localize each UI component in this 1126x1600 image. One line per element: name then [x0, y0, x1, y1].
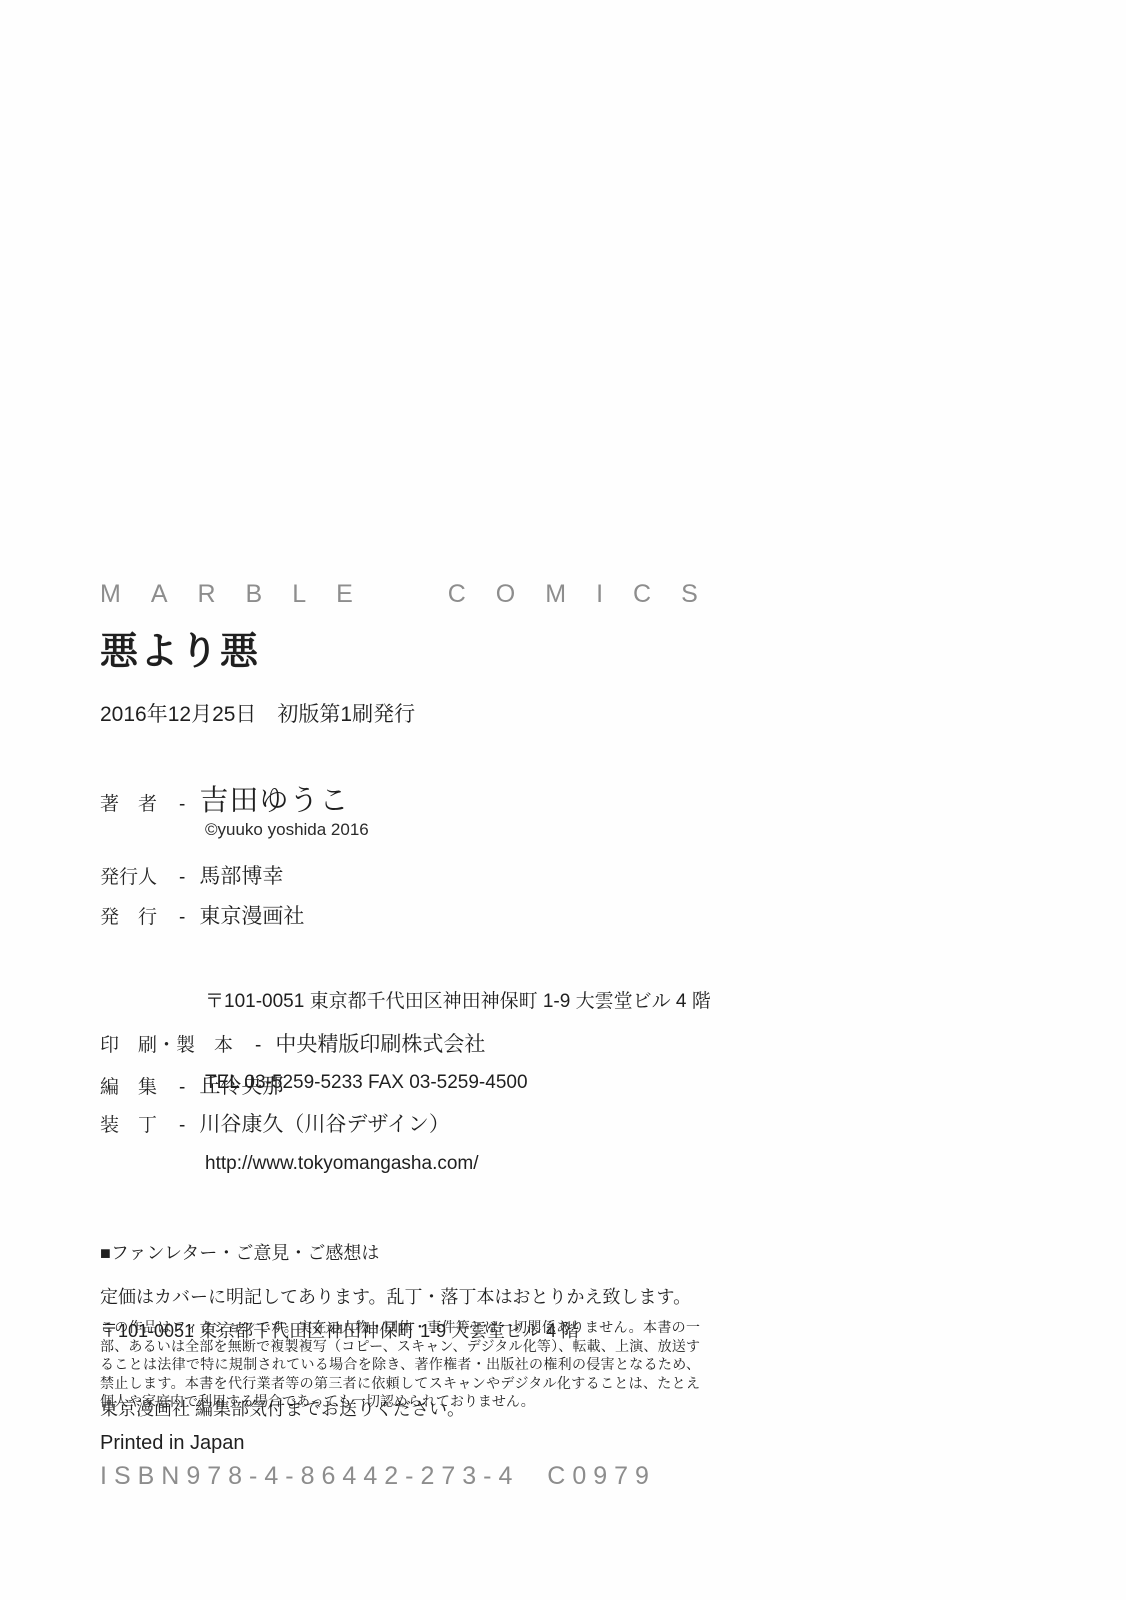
credit-dash: -	[179, 1115, 185, 1137]
book-title: 悪より悪	[100, 620, 260, 675]
issuer-label: 発行人	[100, 862, 157, 889]
credit-row-publisher: 発 行 - 東京漫画社	[100, 900, 304, 930]
author-label: 著 者	[100, 789, 157, 816]
design-label: 装 丁	[100, 1110, 157, 1137]
editor-name: 丘伶央那	[199, 1070, 283, 1100]
credit-row-printing: 印 刷・製 本 - 中央精版印刷株式会社	[100, 1028, 485, 1058]
publisher-url: http://www.tokyomangasha.com/	[205, 1150, 711, 1177]
fan-letter-heading: ■ファンレター・ご意見・ご感想は	[100, 1240, 579, 1266]
issuer-name: 馬部博幸	[199, 860, 283, 890]
printing-label: 印 刷・製 本	[100, 1030, 233, 1057]
credit-row-design: 装 丁 - 川谷康久（川谷デザイン）	[100, 1108, 450, 1138]
credit-row-editor: 編 集 - 丘伶央那	[100, 1070, 283, 1100]
publisher-address: 〒101-0051 東京都千代田区神田神保町 1-9 大雲堂ビル 4 階	[205, 988, 711, 1015]
credit-row-issuer: 発行人 - 馬部博幸	[100, 860, 283, 890]
printed-in-japan: Printed in Japan	[100, 1432, 245, 1455]
colophon-page: MARBLE COMICS 悪より悪 2016年12月25日 初版第1刷発行 著…	[0, 0, 1126, 1600]
credit-dash: -	[179, 1077, 185, 1099]
copyright-note: ©yuuko yoshida 2016	[205, 820, 369, 840]
legal-notice: この作品はフィクションです。実在の人物・団体・事件等とは一切関係ありません。本書…	[100, 1318, 700, 1411]
printing-company: 中央精版印刷株式会社	[275, 1028, 485, 1058]
credit-dash: -	[255, 1035, 261, 1057]
credit-dash: -	[179, 794, 185, 816]
credit-dash: -	[179, 907, 185, 929]
edition-date-line: 2016年12月25日 初版第1刷発行	[100, 698, 415, 728]
editor-label: 編 集	[100, 1072, 157, 1099]
price-note: 定価はカバーに明記してあります。乱丁・落丁本はおとりかえ致します。	[100, 1283, 691, 1309]
author-name: 吉田ゆうこ	[199, 778, 349, 819]
isbn-line: ISBN978-4-86442-273-4 C0979	[100, 1462, 656, 1491]
design-name: 川谷康久（川谷デザイン）	[199, 1108, 450, 1138]
credit-dash: -	[179, 867, 185, 889]
credit-row-author: 著 者 - 吉田ゆうこ	[100, 778, 349, 819]
imprint-brand: MARBLE COMICS	[100, 580, 728, 609]
publisher-label: 発 行	[100, 902, 157, 929]
publisher-name: 東京漫画社	[199, 900, 304, 930]
